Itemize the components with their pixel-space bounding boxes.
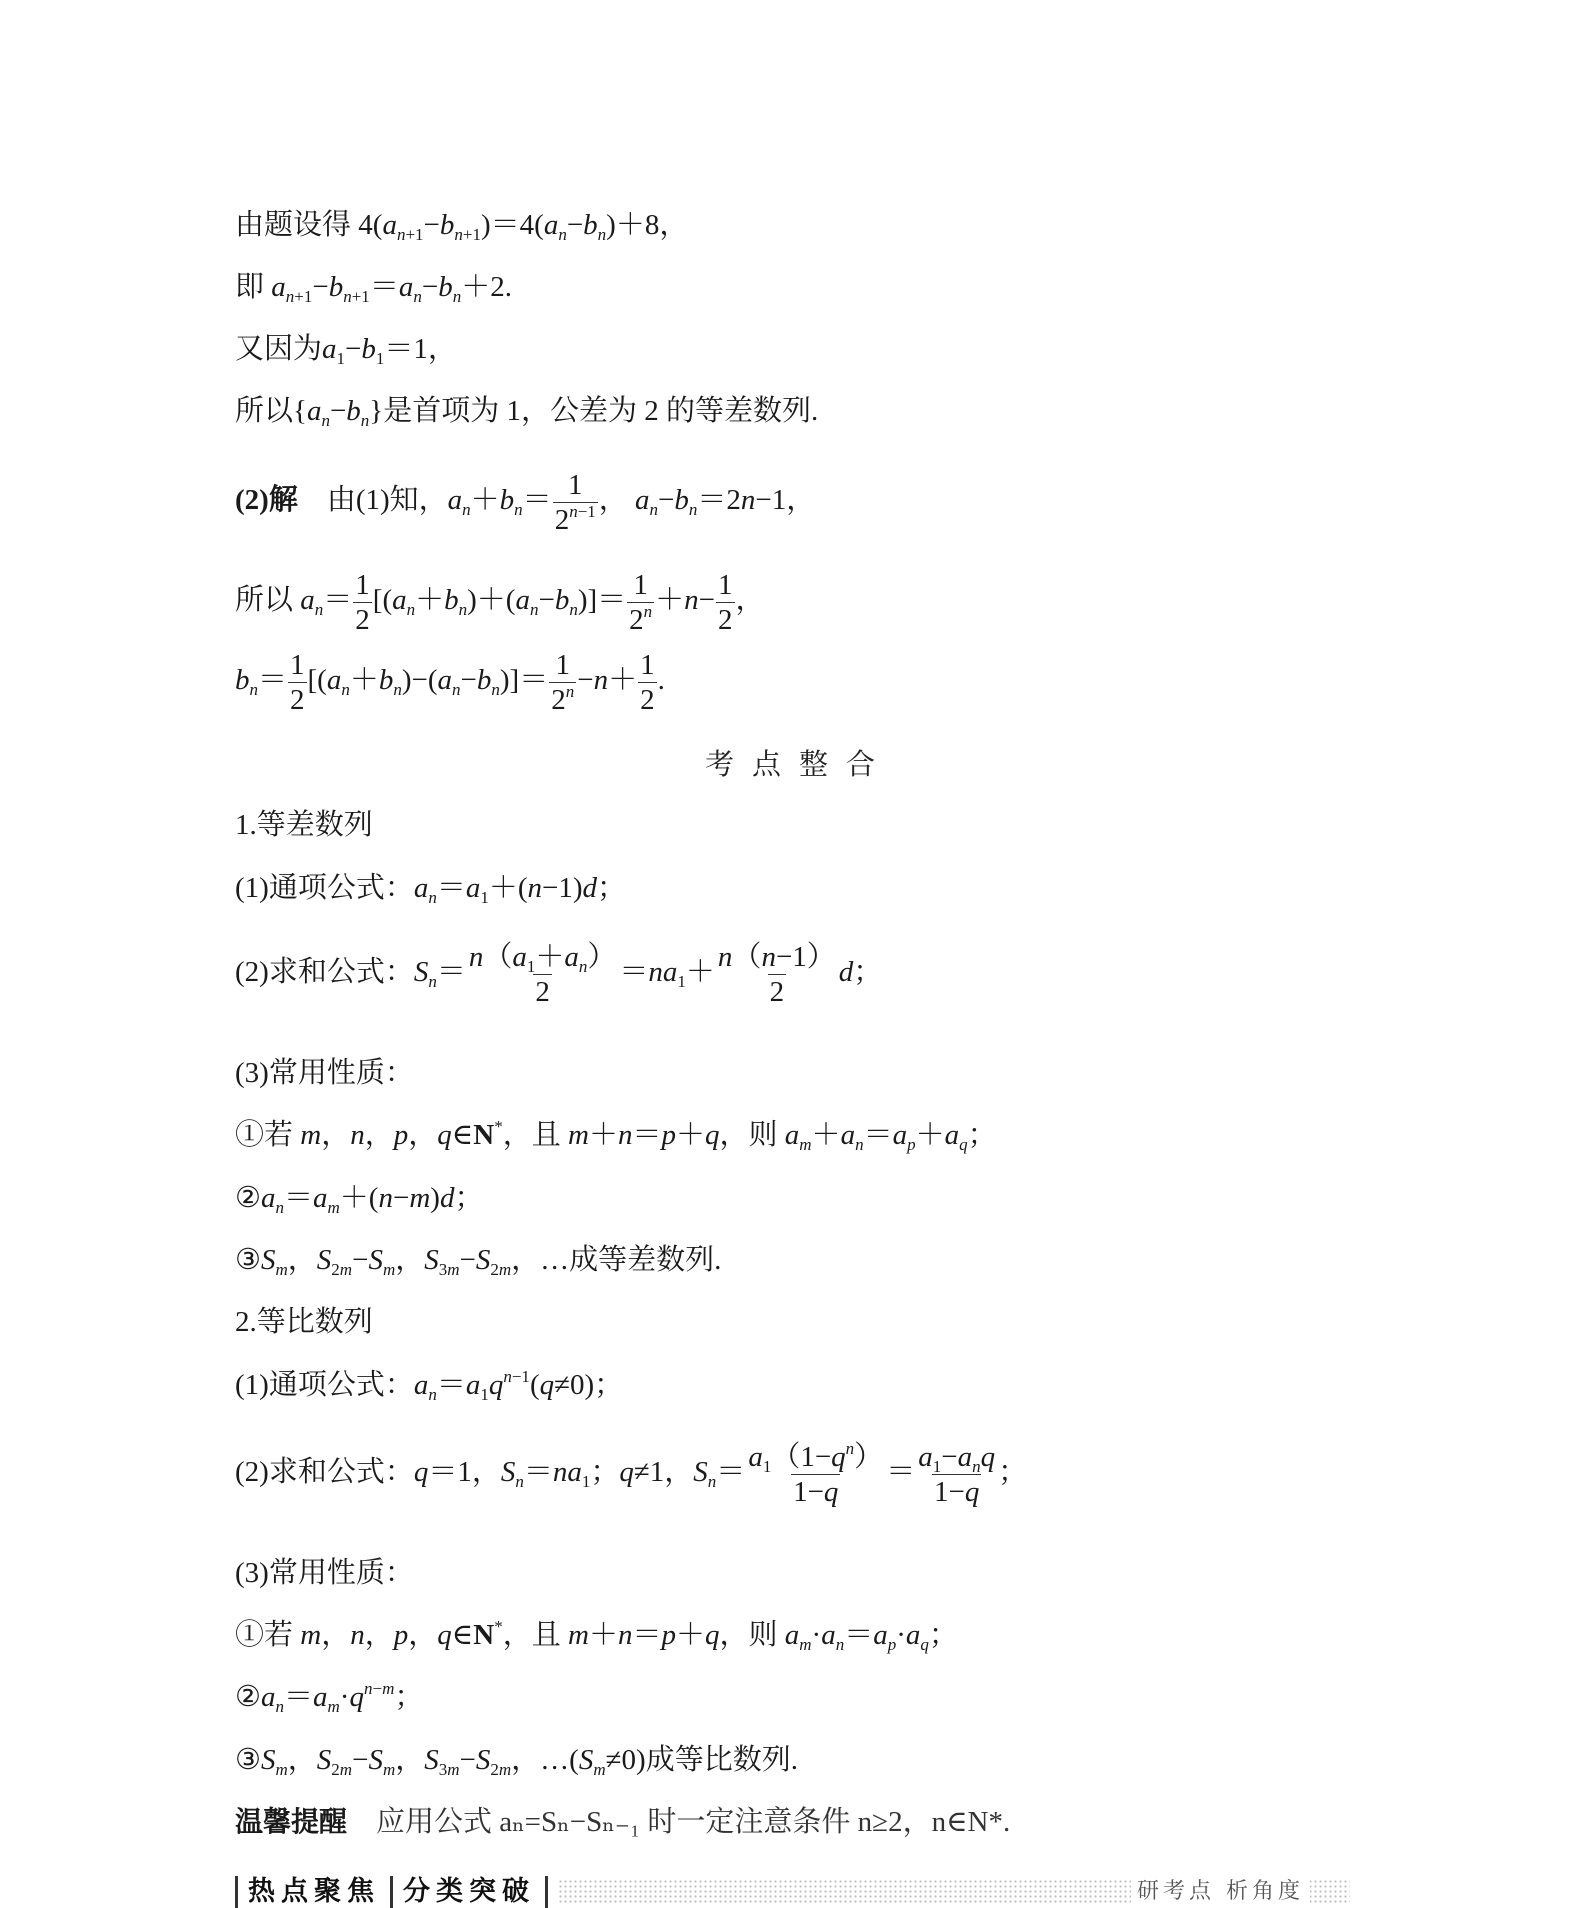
geometric-prop-3: ③Sm，S2m−Sm，S3m−S2m，…(Sm≠0)成等比数列. [235, 1740, 798, 1780]
geometric-props-label: (3)常用性质： [235, 1553, 414, 1593]
arithmetic-props-label: (3)常用性质： [235, 1053, 414, 1093]
banner-tag-hotspot: 热点聚焦 [235, 1876, 390, 1908]
solution-label: (2)解 [235, 484, 298, 516]
arithmetic-prop-1: ①若 m，n，p，q∈N*，且 m＋n＝p＋q，则 am＋an＝ap＋aq； [235, 1115, 997, 1155]
derivation-line-4: 所以{an−bn}是首项为 1，公差为 2 的等差数列. [235, 391, 818, 431]
geometric-general-formula: (1)通项公式：an＝a1qn−1(q≠0)； [235, 1365, 623, 1405]
section-banner: 热点聚焦 分类突破 研考点 析角度 [235, 1876, 1350, 1908]
bn-formula-line: bn＝12[(an＋bn)−(an−bn)]＝12n−n＋12. [235, 648, 665, 717]
geometric-sum-formula: (2)求和公式：q＝1，Sn＝na1；q≠1，Sn＝a1（1−qn）1−q＝a1… [235, 1440, 1027, 1509]
derivation-line-2: 即 an+1−bn+1＝an−bn＋2. [235, 267, 512, 307]
banner-right-text: 研考点 析角度 [1131, 1879, 1310, 1905]
solution-part2-line: (2)解 由(1)知，an＋bn＝12n−1， an−bn＝2n−1， [235, 468, 815, 537]
section-heading: 考点整合 [705, 742, 893, 783]
arithmetic-prop-3: ③Sm，S2m−Sm，S3m−S2m，…成等差数列. [235, 1240, 721, 1280]
tip-text: 应用公式 aₙ=Sₙ−Sₙ₋₁ 时一定注意条件 n≥2，n∈N*. [376, 1806, 1010, 1838]
derivation-line-1: 由题设得 4(an+1−bn+1)＝4(an−bn)＋8， [235, 205, 688, 245]
geometric-prop-1: ①若 m，n，p，q∈N*，且 m＋n＝p＋q，则 am·an＝ap·aq； [235, 1615, 958, 1655]
tip-label: 温馨提醒 [235, 1805, 347, 1838]
arithmetic-prop-2: ②an＝am＋(n−m)d； [235, 1178, 483, 1218]
arithmetic-sum-formula: (2)求和公式：Sn＝n（a1＋an）2＝na1＋n（n−1）2d； [235, 940, 882, 1009]
banner-dot-pattern: 研考点 析角度 [558, 1879, 1350, 1905]
fraction: 12n−1 [553, 468, 598, 537]
geometric-title: 2.等比数列 [235, 1302, 373, 1342]
banner-tag-breakthrough: 分类突破 [390, 1876, 548, 1908]
arithmetic-general-formula: (1)通项公式：an＝a1＋(n−1)d； [235, 868, 626, 908]
an-formula-line: 所以 an＝12[(an＋bn)＋(an−bn)]＝12n＋n−12， [235, 568, 765, 637]
geometric-prop-2: ②an＝am·qn−m； [235, 1677, 423, 1717]
tip-line: 温馨提醒 应用公式 aₙ=Sₙ−Sₙ₋₁ 时一定注意条件 n≥2，n∈N*. [235, 1802, 1010, 1842]
arithmetic-title: 1.等差数列 [235, 805, 373, 845]
derivation-line-3: 又因为a1−b1＝1， [235, 329, 457, 369]
